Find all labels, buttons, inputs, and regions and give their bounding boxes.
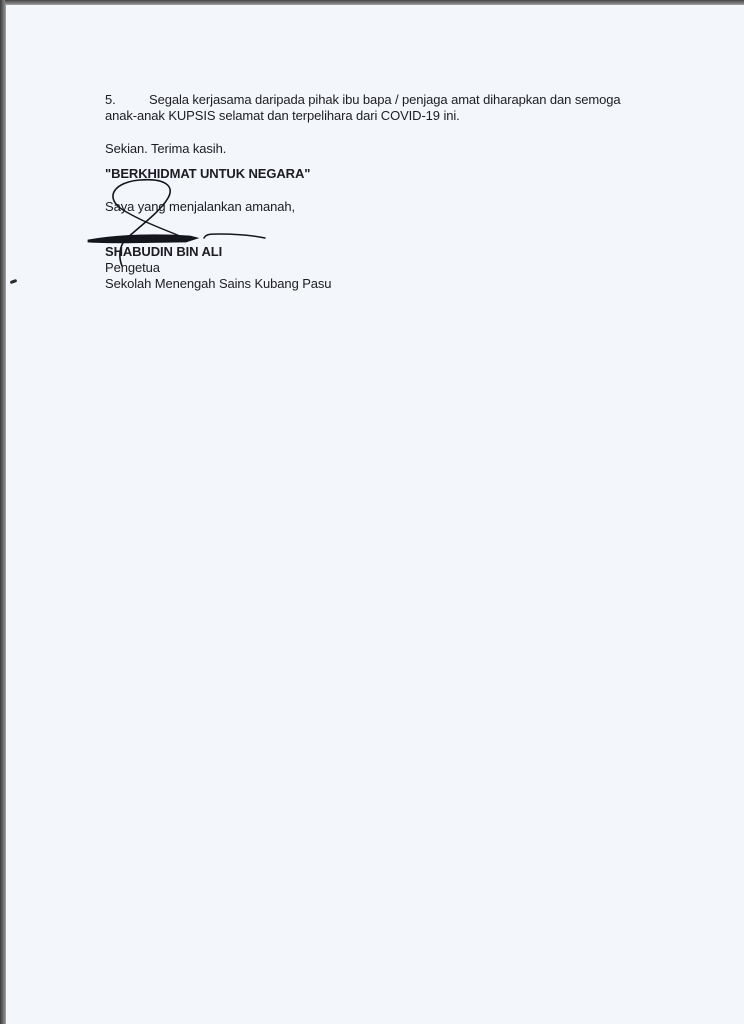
document-page xyxy=(5,4,744,1024)
trust-line: Saya yang menjalankan amanah, xyxy=(105,199,295,215)
signatory-name: SHABUDIN BIN ALI xyxy=(105,244,222,260)
signatory-position: Pengetua xyxy=(105,260,160,276)
paragraph-number: 5. xyxy=(105,92,149,108)
paragraph-text-line-1: Segala kerjasama daripada pihak ibu bapa… xyxy=(149,92,620,107)
signatory-organization: Sekolah Menengah Sains Kubang Pasu xyxy=(105,276,331,292)
paragraph-5-line-1: 5.Segala kerjasama daripada pihak ibu ba… xyxy=(105,92,620,108)
motto: "BERKHIDMAT UNTUK NEGARA" xyxy=(105,166,310,182)
paragraph-5-line-2: anak-anak KUPSIS selamat dan terpelihara… xyxy=(105,108,460,124)
closing-remark: Sekian. Terima kasih. xyxy=(105,141,226,157)
